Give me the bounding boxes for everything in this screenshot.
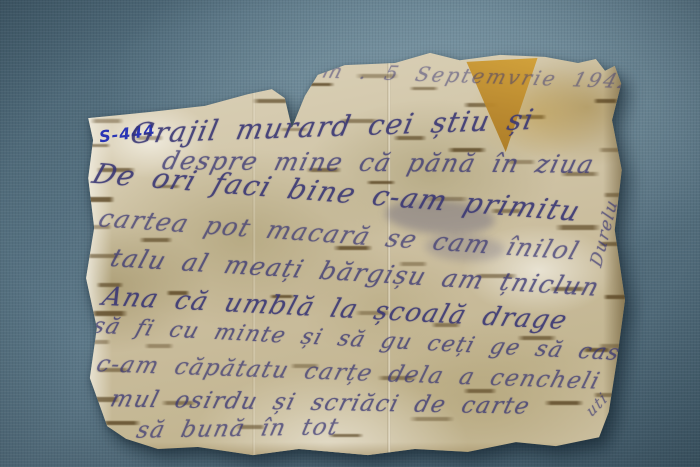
lenticel-dash (85, 197, 115, 202)
lenticel-dash (252, 99, 292, 103)
handwriting-line: să bună în tot (134, 414, 342, 444)
birch-bark-letter: S-444 m . 5 Septemvrie 1942 Grajil murar… (85, 50, 625, 458)
lenticel-dash (544, 401, 584, 405)
lenticel-dash (139, 238, 173, 242)
photo-birch-bark-letter: S-444 m . 5 Septemvrie 1942 Grajil murar… (0, 0, 700, 467)
lenticel-dash (144, 344, 174, 348)
bark-bottom-tan-edge (107, 442, 615, 458)
lenticel-dash (409, 87, 439, 90)
bark-letter-wrap: S-444 m . 5 Septemvrie 1942 Grajil murar… (85, 50, 625, 458)
lenticel-dash (603, 193, 627, 197)
lenticel-dash (90, 119, 124, 123)
lenticel-dash (101, 421, 141, 425)
lenticel-dash (301, 83, 335, 86)
lenticel-dash (85, 340, 111, 344)
